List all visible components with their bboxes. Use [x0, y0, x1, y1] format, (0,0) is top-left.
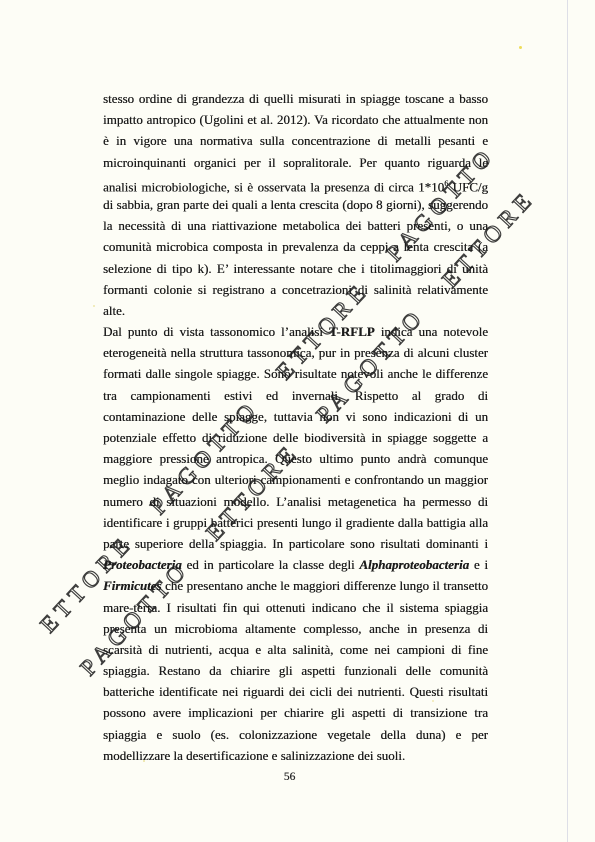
text-line: identificare i gruppi batterici presenti… [103, 512, 488, 533]
text-line: scarsità di nutrienti, acqua e alta sali… [103, 639, 488, 660]
text-line: eterogeneità nella struttura tassonomica… [103, 342, 488, 363]
text-run: impatto antropico (Ugolini et al. 2012).… [103, 112, 488, 127]
text-run: è in vigore una normativa sulla concentr… [103, 133, 488, 148]
text-run: potenziale effetto di riduzione delle bi… [103, 430, 488, 445]
text-run: contaminazione delle spiagge, tuttavia n… [103, 409, 488, 424]
text-run: Proteobacteria [103, 557, 182, 572]
text-run: T-RFLP [329, 324, 375, 339]
text-line: maggiore pressione antropica. Questo ult… [103, 448, 488, 469]
scan-speck [93, 305, 95, 307]
text-line: presenta un microbioma altamente comples… [103, 618, 488, 639]
text-line: formanti colonie si registrano a concetr… [103, 279, 488, 300]
text-run: numero di situazioni modello. L’analisi … [103, 494, 488, 509]
text-run: Firmicutes [103, 578, 162, 593]
text-run: microinquinanti organici per il sopralit… [103, 155, 488, 170]
text-line: impatto antropico (Ugolini et al. 2012).… [103, 109, 488, 130]
text-line: contaminazione delle spiagge, tuttavia n… [103, 406, 488, 427]
text-run: scarsità di nutrienti, acqua e alta sali… [103, 642, 488, 657]
text-run: UFC/g [448, 179, 488, 194]
text-line: stesso ordine di grandezza di quelli mis… [103, 88, 488, 109]
text-line: mare-terra. I risultati fin qui ottenuti… [103, 597, 488, 618]
text-line: la necessità di una riattivazione metabo… [103, 215, 488, 236]
text-run: Alphaproteobacteria [359, 557, 469, 572]
text-run: identificare i gruppi batterici presenti… [103, 515, 488, 530]
text-run: parte superiore della spiaggia. In parti… [103, 536, 488, 551]
text-run: mare-terra. I risultati fin qui ottenuti… [103, 600, 488, 615]
text-line: spiaggia. Restano da chiarire gli aspett… [103, 660, 488, 681]
text-run: modellizzare la desertificazione e salin… [103, 748, 405, 763]
text-line: Proteobacteria ed in particolare la clas… [103, 554, 488, 575]
text-line: alte. [103, 300, 488, 321]
text-run: spiaggia e suolo (es. colonizzazione veg… [103, 727, 488, 742]
text-run: che presentano anche le maggiori differe… [162, 578, 488, 593]
text-line: analisi microbiologiche, si è osservata … [103, 173, 488, 194]
scan-speck [519, 46, 522, 49]
text-run: alte. [103, 303, 125, 318]
text-run: meglio indagato con ulteriori campioname… [103, 472, 488, 487]
text-run: eterogeneità nella struttura tassonomica… [103, 345, 488, 360]
text-line: batteriche identificate nei riguardi dei… [103, 681, 488, 702]
text-run: analisi microbiologiche, si è osservata … [103, 179, 444, 194]
text-line: meglio indagato con ulteriori campioname… [103, 469, 488, 490]
text-run: la necessità di una riattivazione metabo… [103, 218, 488, 233]
text-run: tra campionamenti estivi ed invernali. R… [103, 388, 488, 403]
text-run: batteriche identificate nei riguardi dei… [103, 684, 488, 699]
text-line: Firmicutes che presentano anche le maggi… [103, 575, 488, 596]
text-run: possono avere implicazioni per chiarire … [103, 705, 488, 720]
text-run: di sabbia, gran parte dei quali a lenta … [103, 197, 488, 212]
text-run: spiaggia. Restano da chiarire gli aspett… [103, 663, 488, 678]
text-line: comunità microbica composta in prevalenz… [103, 236, 488, 257]
text-line: possono avere implicazioni per chiarire … [103, 702, 488, 723]
text-line: parte superiore della spiaggia. In parti… [103, 533, 488, 554]
page-number: 56 [0, 771, 587, 783]
text-run: formanti colonie si registrano a concetr… [103, 282, 488, 297]
text-line: di sabbia, gran parte dei quali a lenta … [103, 194, 488, 215]
text-line: numero di situazioni modello. L’analisi … [103, 491, 488, 512]
text-line: è in vigore una normativa sulla concentr… [103, 130, 488, 151]
document-page: ETTORE PAGOTTO ETTORE PAGOTTO PAGOTTO ET… [0, 0, 595, 842]
text-line: spiaggia e suolo (es. colonizzazione veg… [103, 724, 488, 745]
text-run: selezione di tipo k). E’ interessante no… [103, 261, 488, 276]
text-line: selezione di tipo k). E’ interessante no… [103, 258, 488, 279]
text-line: formati dalle singole spiagge. Sono risu… [103, 363, 488, 384]
text-run: formati dalle singole spiagge. Sono risu… [103, 366, 488, 381]
text-run: maggiore pressione antropica. Questo ult… [103, 451, 488, 466]
text-line: potenziale effetto di riduzione delle bi… [103, 427, 488, 448]
text-line: tra campionamenti estivi ed invernali. R… [103, 385, 488, 406]
text-line: Dal punto di vista tassonomico l’analisi… [103, 321, 488, 342]
text-line: microinquinanti organici per il sopralit… [103, 152, 488, 173]
text-block: stesso ordine di grandezza di quelli mis… [103, 88, 488, 766]
text-run: ed in particolare la classe degli [182, 557, 360, 572]
text-run: presenta un microbioma altamente comples… [103, 621, 488, 636]
text-run: stesso ordine di grandezza di quelli mis… [103, 91, 488, 106]
scan-edge-line [567, 0, 568, 842]
text-run: indica una notevole [375, 324, 488, 339]
text-run: Dal punto di vista tassonomico l’analisi [103, 324, 329, 339]
text-line: modellizzare la desertificazione e salin… [103, 745, 488, 766]
text-run: comunità microbica composta in prevalenz… [103, 239, 488, 254]
text-run: e i [469, 557, 488, 572]
